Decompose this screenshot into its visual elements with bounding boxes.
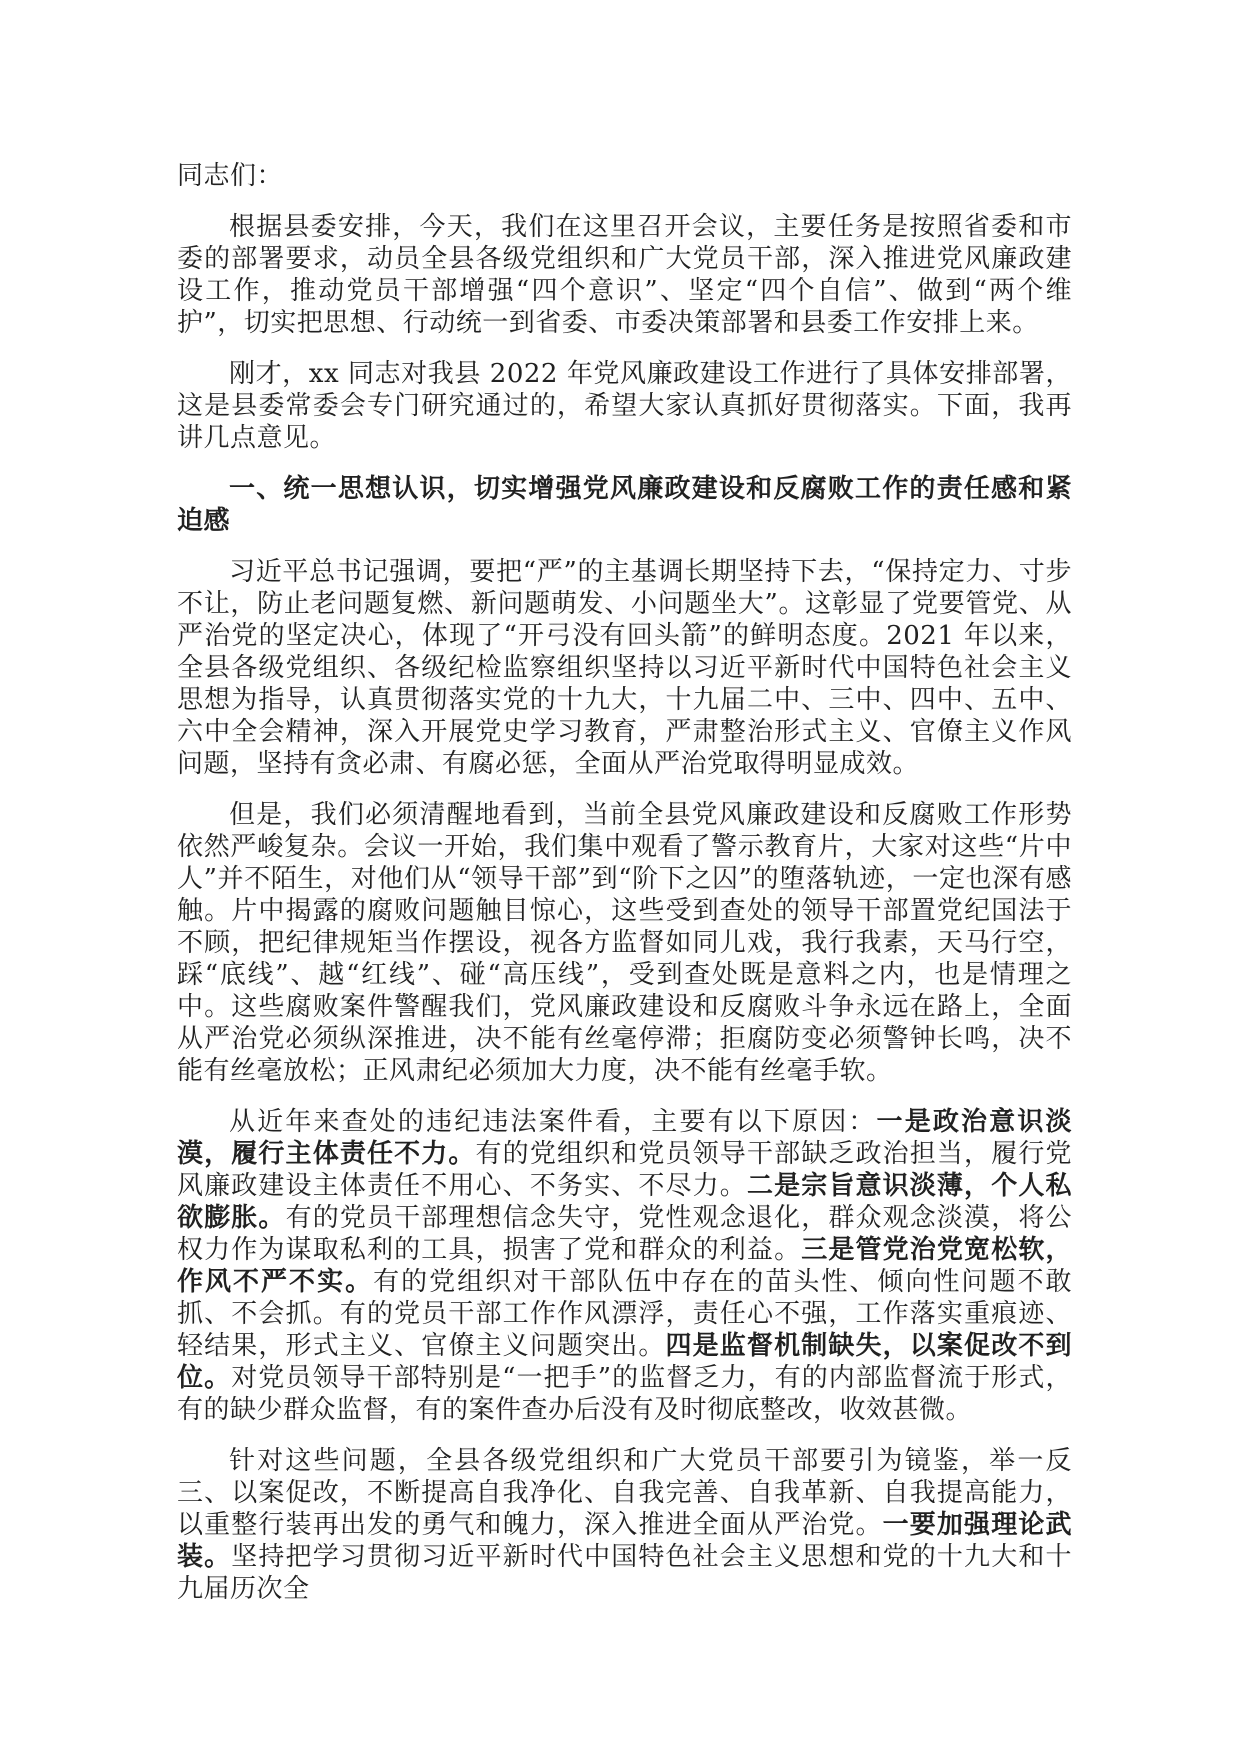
document-page: 同志们： 根据县委安排，今天，我们在这里召开会议，主要任务是按照省委和市委的部署… — [0, 0, 1240, 1754]
text-run: 刚才，xx 同志对我县 2022 年党风廉政建设工作进行了具体安排部署，这是县委… — [177, 359, 1072, 453]
text-run: 习近平总书记强调，要把“严”的主基调长期坚持下去，“保持定力、寸步不让，防止老问… — [177, 557, 1072, 779]
text-run: 根据县委安排，今天，我们在这里召开会议，主要任务是按照省委和市委的部署要求，动员… — [177, 212, 1072, 338]
paragraph-causes: 从近年来查处的违纪违法案件看，主要有以下原因：一是政治意识淡漠，履行主体责任不力… — [177, 1106, 1072, 1426]
paragraph-achievements: 习近平总书记强调，要把“严”的主基调长期坚持下去，“保持定力、寸步不让，防止老问… — [177, 556, 1072, 780]
paragraph-warning-film: 但是，我们必须清醒地看到，当前全县党风廉政建设和反腐败工作形势依然严峻复杂。会议… — [177, 799, 1072, 1087]
text-run: 但是，我们必须清醒地看到，当前全县党风廉政建设和反腐败工作形势依然严峻复杂。会议… — [177, 800, 1072, 1086]
salutation: 同志们： — [177, 160, 1072, 192]
paragraph-opening: 根据县委安排，今天，我们在这里召开会议，主要任务是按照省委和市委的部署要求，动员… — [177, 211, 1072, 339]
section-heading-1: 一、统一思想认识，切实增强党风廉政建设和反腐败工作的责任感和紧迫感 — [177, 473, 1072, 537]
text-run: 坚持把学习贯彻习近平新时代中国特色社会主义思想和党的十九大和十九届历次全 — [177, 1542, 1072, 1604]
paragraph-deployment: 刚才，xx 同志对我县 2022 年党风廉政建设工作进行了具体安排部署，这是县委… — [177, 358, 1072, 454]
paragraph-requirements: 针对这些问题，全县各级党组织和广大党员干部要引为镜鉴，举一反三、以案促改，不断提… — [177, 1445, 1072, 1605]
heading-text-run: 一、统一思想认识，切实增强党风廉政建设和反腐败工作的责任感和紧迫感 — [177, 474, 1072, 536]
text-run: 对党员领导干部特别是“一把手”的监督乏力，有的内部监督流于形式，有的缺少群众监督… — [177, 1363, 1072, 1425]
text-run: 从近年来查处的违纪违法案件看，主要有以下原因： — [229, 1107, 877, 1137]
text-run: 同志们： — [177, 161, 283, 191]
